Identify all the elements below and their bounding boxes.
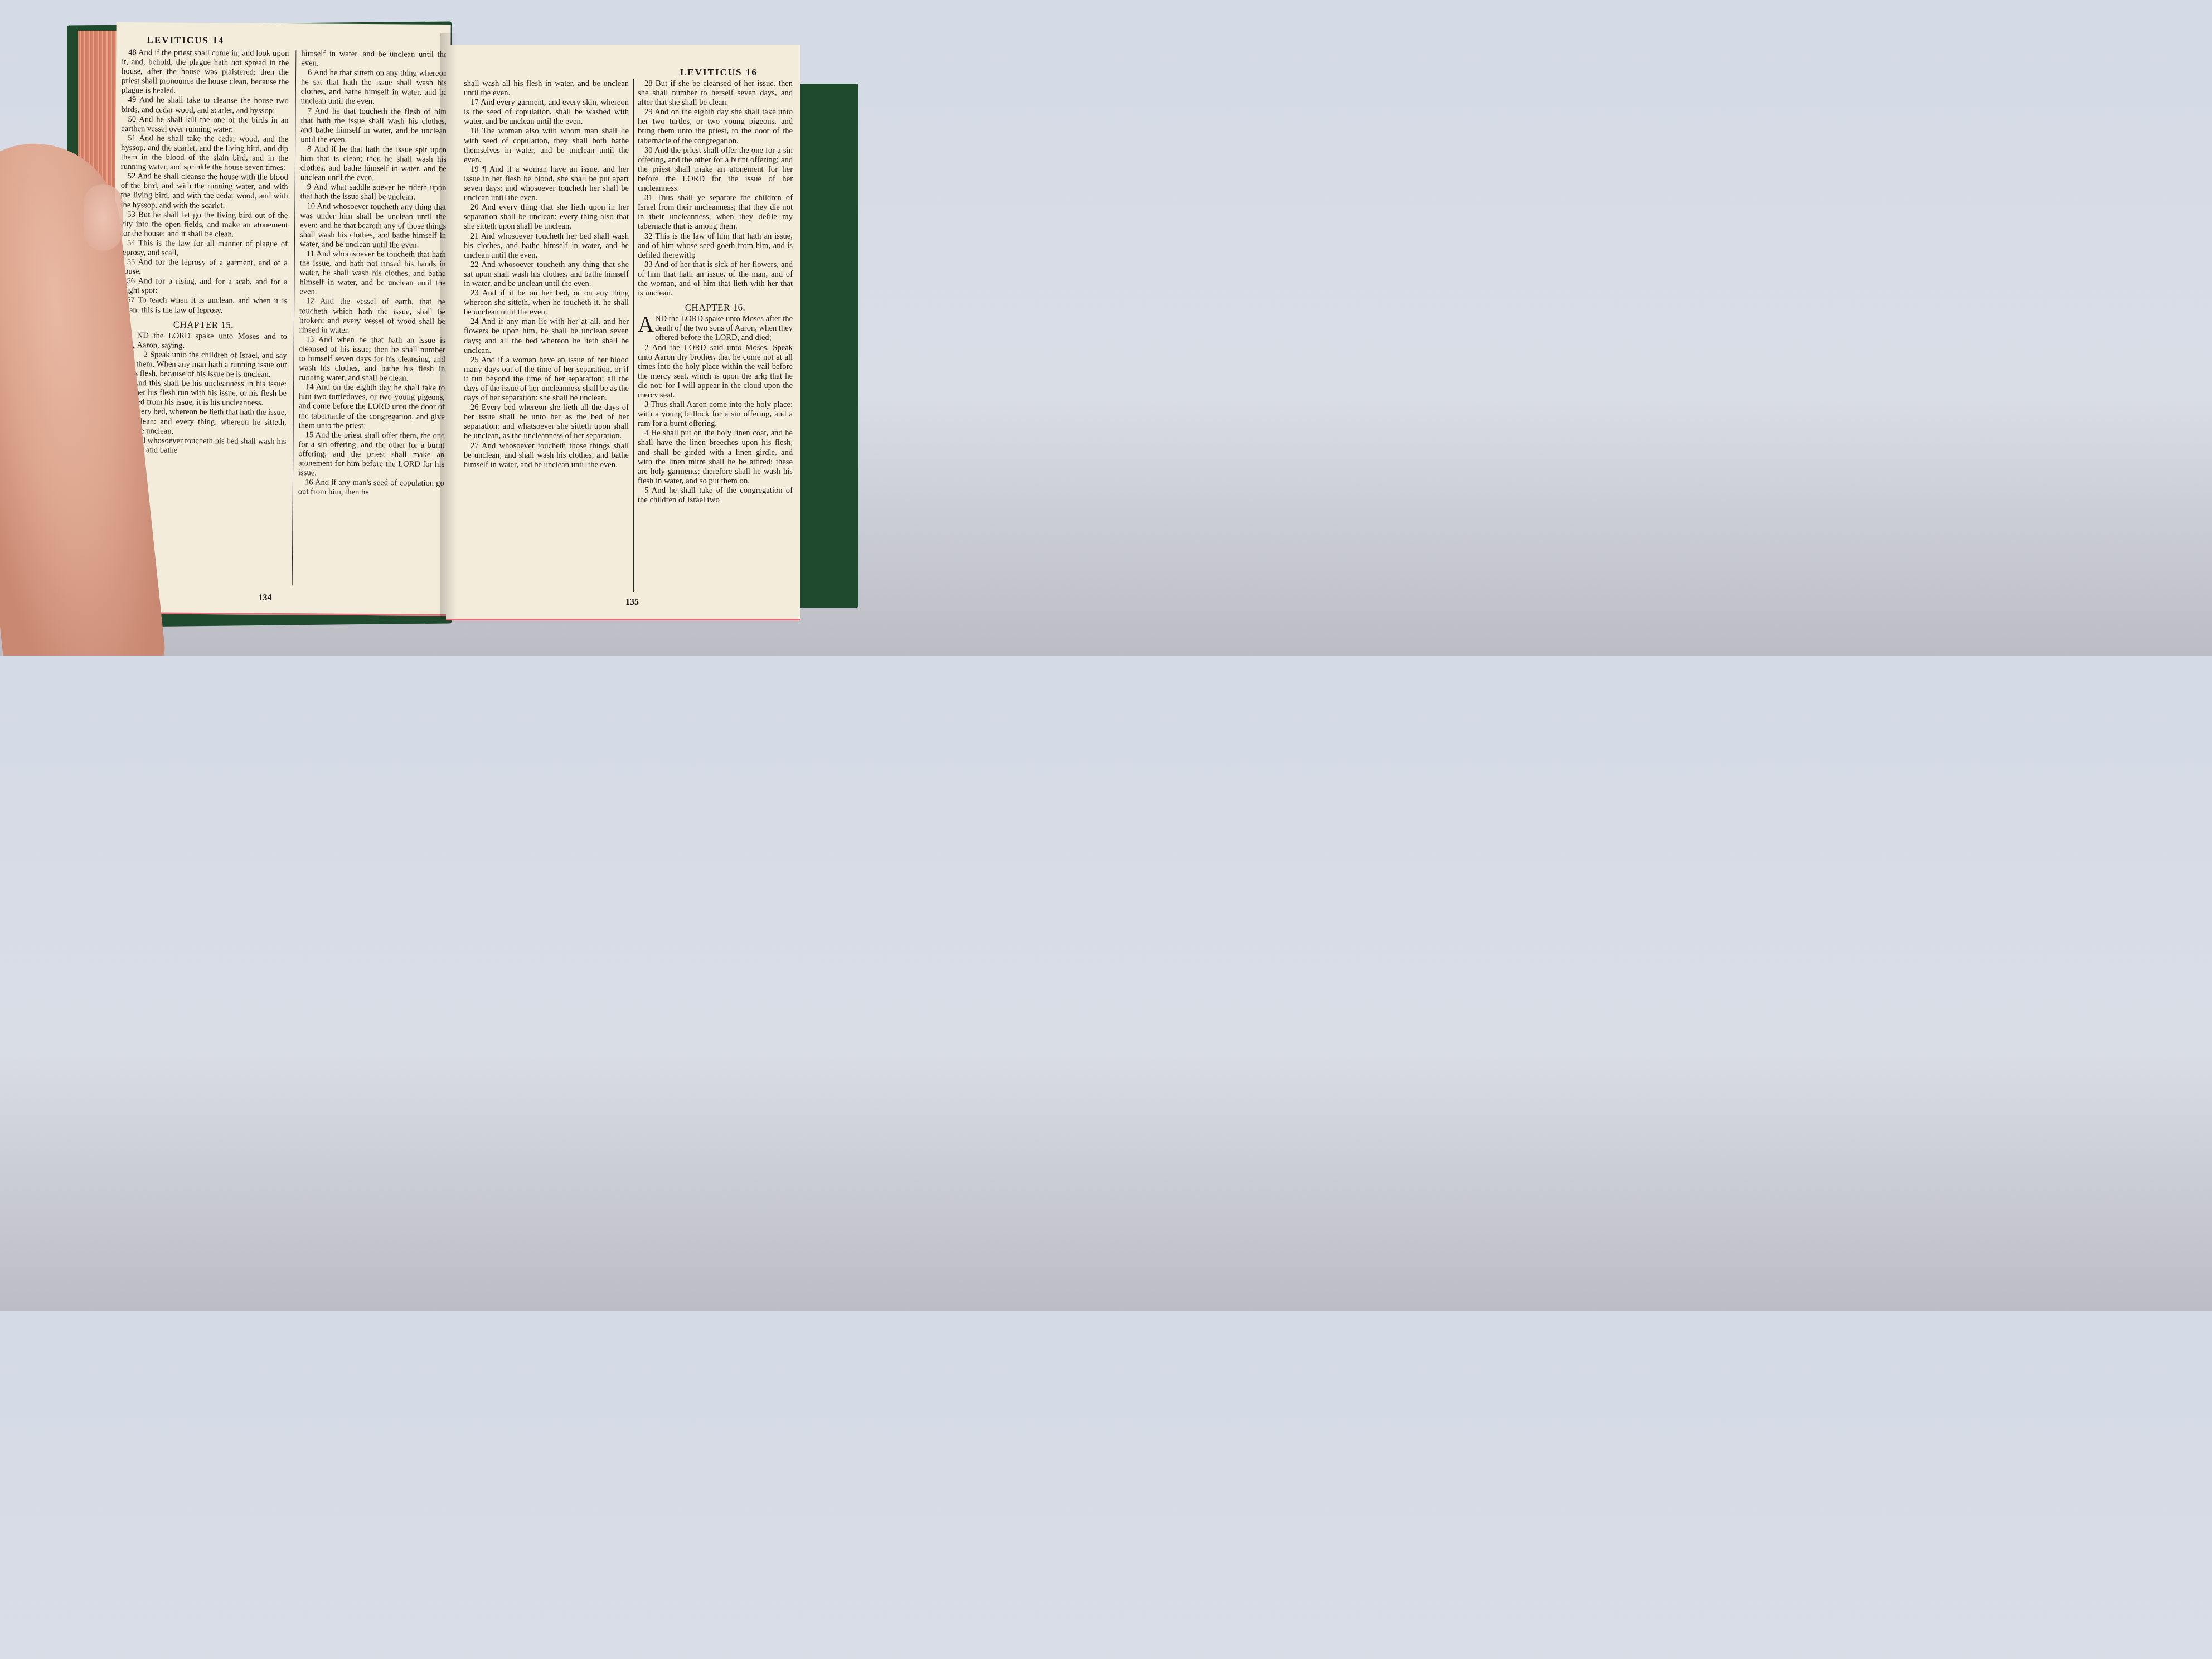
verse: 4 He shall put on the holy linen coat, a… xyxy=(638,429,793,486)
verse: 56 And for a rising, and for a scab, and… xyxy=(120,276,287,297)
verse: 53 But he shall let go the living bird o… xyxy=(120,210,288,240)
verse: 22 And whosoever toucheth any thing that… xyxy=(464,260,629,289)
verse: 57 To teach when it is unclean, and when… xyxy=(120,295,287,316)
verse: 52 And he shall cleanse the house with t… xyxy=(120,172,288,211)
chapter-heading-15: CHAPTER 15. xyxy=(120,319,287,330)
verse: 30 And the priest shall offer the one fo… xyxy=(638,146,793,193)
verse: 10 And whosoever toucheth any thing that… xyxy=(300,202,447,250)
verse: 49 And he shall take to cleanse the hous… xyxy=(122,95,289,115)
right-page-column-1: shall wash all his flesh in water, and b… xyxy=(464,79,629,470)
verse: 18 The woman also with whom man shall li… xyxy=(464,127,629,164)
verse: 25 And if a woman have an issue of her b… xyxy=(464,356,629,403)
verse: 32 This is the law of him that hath an i… xyxy=(638,232,793,260)
verse: 26 Every bed whereon she lieth all the d… xyxy=(464,403,629,441)
verse: 3 And this shall be his uncleanness in h… xyxy=(119,379,287,408)
verse: 27 And whosoever toucheth those things s… xyxy=(464,442,629,470)
verse: 23 And if it be on her bed, or on any th… xyxy=(464,289,629,317)
verse: 2 And the LORD said unto Moses, Speak un… xyxy=(638,343,793,401)
right-page-column-2: 28 But if she be cleansed of her issue, … xyxy=(628,79,793,505)
verse: 20 And every thing that she lieth upon i… xyxy=(464,203,629,231)
book-gutter-shadow xyxy=(440,33,457,619)
verse: 28 But if she be cleansed of her issue, … xyxy=(638,79,793,108)
verse: 12 And the vessel of earth, that he touc… xyxy=(299,297,445,336)
verse: 31 Thus shall ye separate the children o… xyxy=(638,193,793,231)
verse: 17 And every garment, and every skin, wh… xyxy=(464,98,629,127)
verse: 54 This is the law for all manner of pla… xyxy=(120,239,288,259)
verse: 16 And if any man's seed of copulation g… xyxy=(298,478,444,498)
column-rule xyxy=(292,50,297,585)
left-page: LEVITICUS 14 48 And if the priest shall … xyxy=(112,22,450,616)
verse: 29 And on the eighth day she shall take … xyxy=(638,108,793,145)
verse: 11 And whomsoever he toucheth that hath … xyxy=(299,249,446,298)
right-page: LEVITICUS 16 shall wash all his flesh in… xyxy=(446,45,800,620)
verse: 8 And if he that hath the issue spit upo… xyxy=(300,144,447,183)
left-page-column-1: 48 And if the priest shall come in, and … xyxy=(119,48,289,456)
verse: 19 ¶ And if a woman have an issue, and h… xyxy=(464,165,629,203)
verse: 33 And of her that is sick of her flower… xyxy=(638,260,793,298)
drop-cap: A xyxy=(638,314,654,334)
verse: 13 And when he that hath an issue is cle… xyxy=(299,335,445,384)
verse: 7 And he that toucheth the flesh of him … xyxy=(300,106,447,145)
verse: ND the LORD spake unto Moses after the d… xyxy=(655,314,793,342)
verse: 55 And for the leprosy of a garment, and… xyxy=(120,258,288,278)
verse: 14 And on the eighth day he shall take t… xyxy=(299,383,445,431)
thumbnail xyxy=(84,184,123,251)
running-head-left: LEVITICUS 14 xyxy=(147,35,224,46)
verse: 15 And the priest shall offer them, the … xyxy=(298,430,445,479)
page-number-left: 134 xyxy=(258,593,271,603)
verse: 4 Every bed, whereon he lieth that hath … xyxy=(119,407,287,436)
verse: 50 And he shall kill the one of the bird… xyxy=(121,115,288,135)
verse: 3 Thus shall Aaron come into the holy pl… xyxy=(638,400,793,429)
verse: 24 And if any man lie with her at all, a… xyxy=(464,317,629,355)
chapter-heading-16: CHAPTER 16. xyxy=(638,303,793,312)
verse: 51 And he shall take the cedar wood, and… xyxy=(121,134,288,173)
verse: 21 And whosoever toucheth her bed shall … xyxy=(464,232,629,260)
running-head-right: LEVITICUS 16 xyxy=(680,67,758,78)
verse: shall wash all his flesh in water, and b… xyxy=(464,79,629,98)
verse: 2 Speak unto the children of Israel, and… xyxy=(119,350,287,380)
verse: 48 And if the priest shall come in, and … xyxy=(122,48,289,97)
verse: 5 And he shall take of the congregation … xyxy=(638,486,793,505)
verse: ND the LORD spake unto Moses and to Aaro… xyxy=(137,331,287,350)
page-number-right: 135 xyxy=(625,598,639,608)
verse: 9 And what saddle soever he rideth upon … xyxy=(300,183,446,203)
left-page-column-2: himself in water, and be unclean until t… xyxy=(298,49,448,498)
verse: 6 And he that sitteth on any thing where… xyxy=(301,68,447,107)
verse: himself in water, and be unclean until t… xyxy=(301,49,447,69)
